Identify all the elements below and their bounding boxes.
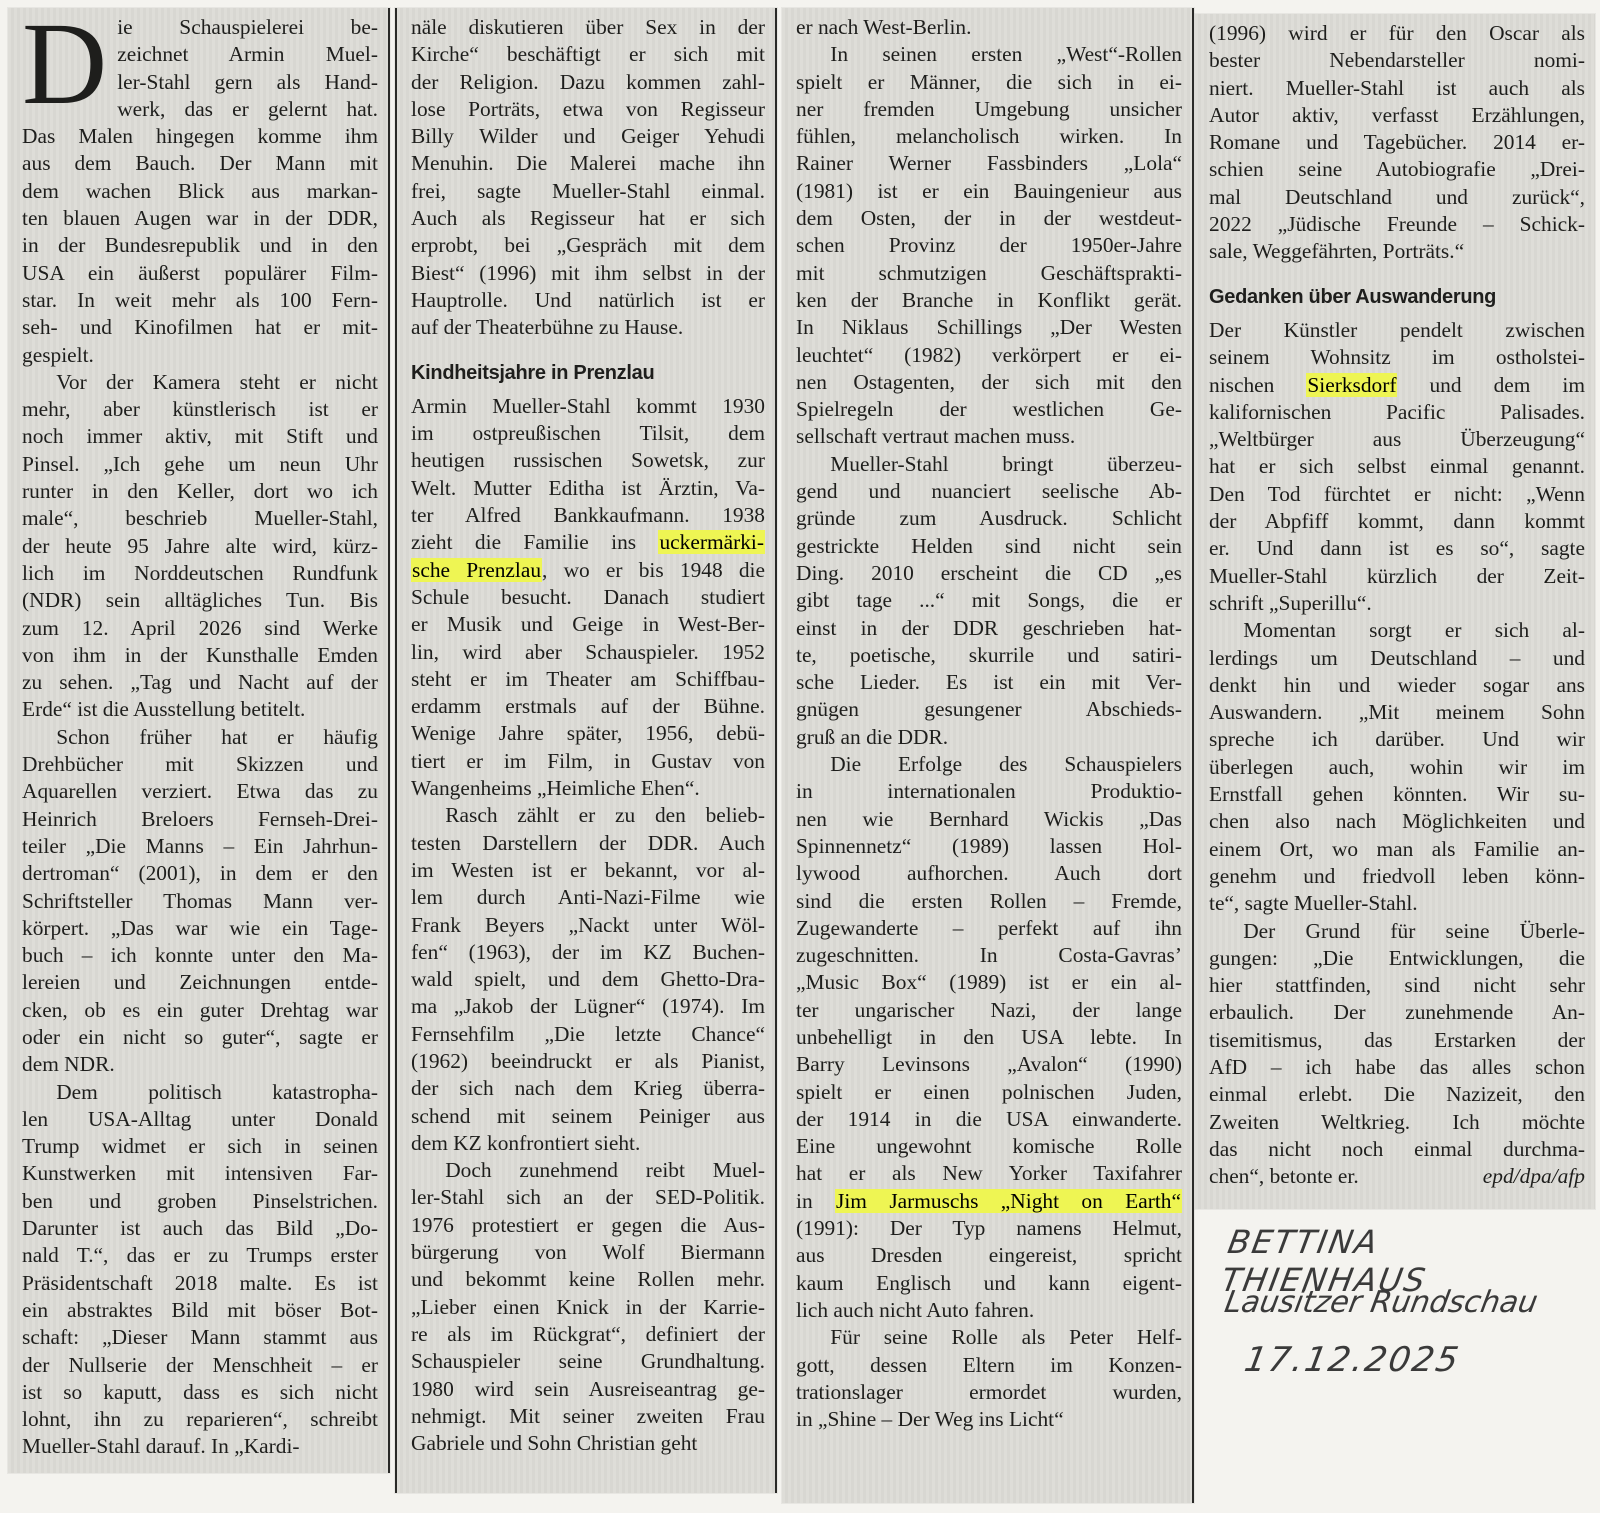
text-line: lin, wird aber Schauspieler. 1952 xyxy=(411,639,765,666)
text-line: Schule besucht. Danach studiert xyxy=(411,584,765,611)
text-line: Rasch zählt er zu den belieb- xyxy=(411,802,765,829)
text-line: runter in den Keller, dort wo ich xyxy=(22,478,378,505)
paragraph: er nach West-Berlin. xyxy=(796,14,1182,41)
text-line: trationslager ermordet wurden, xyxy=(796,1379,1182,1406)
text-line: dertroman“ (2001), in dem er den xyxy=(22,860,378,887)
text-line: zugeschnitten. In Costa-Gavras’ xyxy=(796,942,1182,969)
text-line: gespielt. xyxy=(22,342,378,369)
text-line: ben und groben Pinselstrichen. xyxy=(22,1188,378,1215)
text-line: frei, sagte Mueller-Stahl einmal. xyxy=(411,178,765,205)
column-1-text: Die Schauspielerei be-zeichnet Armin Mue… xyxy=(22,14,378,1461)
highlighted-text: uckermärki- xyxy=(658,530,765,554)
text-line: noch immer aktiv, mit Stift und xyxy=(22,423,378,450)
text-line: Der Künstler pendelt zwischen xyxy=(1209,317,1585,344)
text-line: 1980 wird sein Ausreiseantrag ge- xyxy=(411,1376,765,1403)
text-line: der heute 95 Jahre alte wird, kürz- xyxy=(22,533,378,560)
text-line: denkt hin und wieder sogar ans xyxy=(1209,672,1585,699)
text-line: Schon früher hat er häufig xyxy=(22,724,378,751)
text-line: der Nullserie der Menschheit – er xyxy=(22,1352,378,1379)
text-line: einem Ort, wo man als Familie an- xyxy=(1209,836,1585,863)
text-line: gründe zum Ausdruck. Schlicht xyxy=(796,505,1182,532)
text-line: In Niklaus Schillings „Der Westen xyxy=(796,314,1182,341)
text-line: Präsidentschaft 2018 malte. Es ist xyxy=(22,1270,378,1297)
text-line: te, poetische, skurrile und satiri- xyxy=(796,642,1182,669)
text-line: das nicht noch einmal durchma- xyxy=(1209,1136,1585,1163)
text-line: Eine ungewohnt komische Rolle xyxy=(796,1133,1182,1160)
text-line: auf der Theaterbühne zu Hause. xyxy=(411,314,765,341)
text-line: (1981) ist er ein Bauingenieur aus xyxy=(796,178,1182,205)
paragraph: Der Grund für seine Überle-gungen: „Die … xyxy=(1209,918,1585,1191)
text-line: Spinnennetz“ (1989) lassen Hol- xyxy=(796,833,1182,860)
text-line: Mueller-Stahl darauf. In „Kardi- xyxy=(22,1433,378,1460)
text-line: lich im Norddeutschen Rundfunk xyxy=(22,560,378,587)
text-line: Menuhin. Die Malerei mache ihn xyxy=(411,150,765,177)
text-line: Kirche“ beschäftigt er sich mit xyxy=(411,41,765,68)
text-line: hat er sich selbst einmal genannt. xyxy=(1209,453,1585,480)
column-3-text: er nach West-Berlin.In seinen ersten „We… xyxy=(796,14,1182,1433)
text-line: lywood aufhorchen. Auch dort xyxy=(796,860,1182,887)
text-line: körpert. „Das war wie ein Tage- xyxy=(22,915,378,942)
text-line: gruß an die DDR. xyxy=(796,724,1182,751)
text-line: lose Porträts, etwa von Regisseur xyxy=(411,96,765,123)
text-line: ler-Stahl sich an der SED-Politik. xyxy=(411,1184,765,1211)
text-line: näle diskutieren über Sex in der xyxy=(411,14,765,41)
text-line: Zugewanderte – perfekt auf ihn xyxy=(796,915,1182,942)
highlighted-text: Sierksdorf xyxy=(1306,373,1397,397)
text-line: zu sehen. „Tag und Nacht auf der xyxy=(22,669,378,696)
text-line: spielt er Männer, die sich in ei- xyxy=(796,69,1182,96)
text-line: (NDR) sein alltägliches Tun. Bis xyxy=(22,587,378,614)
text-line: wald spielt, und dem Ghetto-Dra- xyxy=(411,966,765,993)
text-line: seinem Wohnsitz im ostholstei- xyxy=(1209,344,1585,371)
text-line: Autor aktiv, verfasst Erzählungen, xyxy=(1209,102,1585,129)
text-line: spielt er einen polnischen Juden, xyxy=(796,1079,1182,1106)
text-line: unbehelligt in den USA lebte. In xyxy=(796,1024,1182,1051)
paragraph: Für seine Rolle als Peter Helf-gott, des… xyxy=(796,1324,1182,1433)
text-line: te“, sagte Mueller-Stahl. xyxy=(1209,890,1585,917)
paragraph: Die Schauspielerei be-zeichnet Armin Mue… xyxy=(22,14,378,369)
text-line: sellschaft vertraut machen muss. xyxy=(796,423,1182,450)
column-4-text: (1996) wird er für den Oscar alsbester N… xyxy=(1209,20,1585,1191)
text-line: ein abstraktes Bild mit böser Bot- xyxy=(22,1297,378,1324)
text-line: Welt. Mutter Editha ist Ärztin, Va- xyxy=(411,475,765,502)
text-line: sche Lieder. Es ist ein mit Ver- xyxy=(796,669,1182,696)
text-line: Heinrich Breloers Fernseh-Drei- xyxy=(22,806,378,833)
text-line: aus dem Bauch. Der Mann mit xyxy=(22,150,378,177)
paragraph: Armin Mueller-Stahl kommt 1930im ostpreu… xyxy=(411,393,765,802)
column-1-clipping: Die Schauspielerei be-zeichnet Armin Mue… xyxy=(8,8,390,1473)
text-line: überlegen auch, wohin wir im xyxy=(1209,754,1585,781)
text-line: Romane und Tagebücher. 2014 er- xyxy=(1209,129,1585,156)
text-line: lerdings um Deutschland – und xyxy=(1209,645,1585,672)
text-line: steht er im Theater am Schiffbau- xyxy=(411,666,765,693)
text-line: gibt tage ...“ mit Songs, die er xyxy=(796,587,1182,614)
text-line: nald T.“, das er zu Trumps erster xyxy=(22,1242,378,1269)
text-line: er nach West-Berlin. xyxy=(796,14,1182,41)
text-line: nehmigt. Mit seiner zweiten Frau xyxy=(411,1403,765,1430)
text-line: (1991): Der Typ namens Helmut, xyxy=(796,1215,1182,1242)
text-line: Das Malen hingegen komme ihm xyxy=(22,123,378,150)
text-line: bürgerung von Wolf Biermann xyxy=(411,1239,765,1266)
text-line: einmal erlebt. Die Nazizeit, den xyxy=(1209,1081,1585,1108)
text-line: schien seine Autobiografie „Drei- xyxy=(1209,156,1585,183)
text-line: Schauspieler seine Grundhaltung. xyxy=(411,1348,765,1375)
text-line: erprobt, bei „Gespräch mit dem xyxy=(411,232,765,259)
text-line: Drehbücher mit Skizzen und xyxy=(22,751,378,778)
text-line: von ihm in der Kunsthalle Emden xyxy=(22,642,378,669)
text-line: genehm und friedvoll leben könn- xyxy=(1209,863,1585,890)
section-heading: Kindheitsjahre in Prenzlau xyxy=(411,360,765,387)
text-line: Der Grund für seine Überle- xyxy=(1209,918,1585,945)
text-line: Barry Levinsons „Avalon“ (1990) xyxy=(796,1051,1182,1078)
text-line: Armin Mueller-Stahl kommt 1930 xyxy=(411,393,765,420)
text-line: schaft: „Dieser Mann stammt aus xyxy=(22,1324,378,1351)
text-line: Ernstfall gehen könnten. Wir su- xyxy=(1209,781,1585,808)
text-line: bester Nebendarsteller nomi- xyxy=(1209,47,1585,74)
text-line: Fernsehfilm „Die letzte Chance“ xyxy=(411,1021,765,1048)
text-line: schend mit seinem Peiniger aus xyxy=(411,1103,765,1130)
paragraph: Vor der Kamera steht er nichtmehr, aber … xyxy=(22,369,378,724)
text-line: lem durch Anti-Nazi-Filme wie xyxy=(411,884,765,911)
paragraph: Momentan sorgt er sich al-lerdings um De… xyxy=(1209,617,1585,917)
column-2-clipping: näle diskutieren über Sex in derKirche“ … xyxy=(395,8,777,1493)
text-line: tiert er im Film, in Gustav von xyxy=(411,748,765,775)
drop-cap: D xyxy=(22,18,107,110)
text-line: fen“ (1963), der im KZ Buchen- xyxy=(411,939,765,966)
text-line: Ding. 2010 erscheint die CD „es xyxy=(796,560,1182,587)
text-line: Momentan sorgt er sich al- xyxy=(1209,617,1585,644)
text-line: oder ein nicht so guter“, sagte er xyxy=(22,1024,378,1051)
text-line: Frank Beyers „Nackt unter Wöl- xyxy=(411,912,765,939)
text-line: Wenige Jahre später, 1956, debü- xyxy=(411,720,765,747)
text-line: Zweiten Weltkrieg. Ich möchte xyxy=(1209,1109,1585,1136)
text-line: der sich nach dem Krieg überra- xyxy=(411,1075,765,1102)
text-line: der Abpfiff kommt, dann kommt xyxy=(1209,508,1585,535)
text-line: Erde“ ist die Ausstellung betitelt. xyxy=(22,696,378,723)
text-line: ner fremden Umgebung unsicher xyxy=(796,96,1182,123)
text-line: Billy Wilder und Geiger Yehudi xyxy=(411,123,765,150)
text-line: zum 12. April 2026 sind Werke xyxy=(22,615,378,642)
text-line: dem KZ konfrontiert sieht. xyxy=(411,1130,765,1157)
text-line: nen wie Bernhard Wickis „Das xyxy=(796,806,1182,833)
text-line: kalifornischen Pacific Palisades. xyxy=(1209,399,1585,426)
text-line: er Musik und Geige in West-Ber- xyxy=(411,611,765,638)
text-line: Mueller-Stahl kürzlich der Zeit- xyxy=(1209,563,1585,590)
text-line: Vor der Kamera steht er nicht xyxy=(22,369,378,396)
text-line: ter ungarischer Nazi, der lange xyxy=(796,997,1182,1024)
text-line: Auch als Regisseur hat er sich xyxy=(411,205,765,232)
text-line: in der Bundesrepublik und in den xyxy=(22,232,378,259)
text-line: zieht die Familie ins uckermärki- xyxy=(411,529,765,556)
note-date: 17.12.2025 xyxy=(1241,1340,1463,1380)
text-line: (1962) beeindruckt er als Pianist, xyxy=(411,1048,765,1075)
text-line: 1976 protestiert er gegen die Aus- xyxy=(411,1212,765,1239)
text-line: dem Osten, der in der westdeut- xyxy=(796,205,1182,232)
text-line: Kunstwerken mit intensiven Far- xyxy=(22,1160,378,1187)
paragraph: Die Erfolge des Schauspielersin internat… xyxy=(796,751,1182,1324)
text-line: und bekommt keine Rollen mehr. xyxy=(411,1266,765,1293)
text-line: Wangenheims „Heimliche Ehen“. xyxy=(411,775,765,802)
text-line: Den Tod fürchtet er nicht: „Wenn xyxy=(1209,481,1585,508)
text-line: dem NDR. xyxy=(22,1051,378,1078)
text-line: mit schmutzigen Geschäftsprakti- xyxy=(796,260,1182,287)
text-line: Aquarellen verziert. Etwa das zu xyxy=(22,778,378,805)
text-line: Hauptrolle. Und natürlich ist er xyxy=(411,287,765,314)
text-line: male“, beschrieb Mueller-Stahl, xyxy=(22,505,378,532)
text-line: nen Ostagenten, der sich mit den xyxy=(796,369,1182,396)
text-line: schen Provinz der 1950er-Jahre xyxy=(796,232,1182,259)
text-line: nischen Sierksdorf und dem im xyxy=(1209,372,1585,399)
text-line: „Lieber einen Knick in der Karrie- xyxy=(411,1294,765,1321)
text-line: der 1914 in die USA einwanderte. xyxy=(796,1106,1182,1133)
text-line: in Jim Jarmuschs „Night on Earth“ xyxy=(796,1188,1182,1215)
paragraph: In seinen ersten „West“-Rollenspielt er … xyxy=(796,41,1182,450)
text-line: gungen: „Die Entwicklungen, die xyxy=(1209,945,1585,972)
paragraph: Mueller-Stahl bringt überzeu-gend und nu… xyxy=(796,451,1182,751)
text-line: leuchtet“ (1982) verkörpert er ei- xyxy=(796,342,1182,369)
column-3-clipping: er nach West-Berlin.In seinen ersten „We… xyxy=(782,8,1194,1503)
paragraph: Schon früher hat er häufigDrehbücher mit… xyxy=(22,724,378,1079)
text-line: in „Shine – Der Weg ins Licht“ xyxy=(796,1406,1182,1433)
text-line: Trump widmet er sich in seinen xyxy=(22,1133,378,1160)
text-line: mehr, aber künstlerisch ist er xyxy=(22,396,378,423)
text-line: sind die ersten Rollen – Fremde, xyxy=(796,888,1182,915)
text-line: ma „Jakob der Lügner“ (1974). Im xyxy=(411,993,765,1020)
text-line: der Religion. Dazu kommen zahl- xyxy=(411,69,765,96)
text-line: „Weltbürger aus Überzeugung“ xyxy=(1209,426,1585,453)
text-line: gestrickte Helden sind nicht sein xyxy=(796,533,1182,560)
text-line: len USA-Alltag unter Donald xyxy=(22,1106,378,1133)
text-line: lich auch nicht Auto fahren. xyxy=(796,1297,1182,1324)
text-line: Darunter ist auch das Bild „Do- xyxy=(22,1215,378,1242)
paragraph: Rasch zählt er zu den belieb-testen Dars… xyxy=(411,802,765,1157)
paragraph: Doch zunehmend reibt Muel-ler-Stahl sich… xyxy=(411,1157,765,1457)
text-line: mal Deutschland und zurück“, xyxy=(1209,184,1585,211)
paragraph: (1996) wird er für den Oscar alsbester N… xyxy=(1209,20,1585,266)
text-line: In seinen ersten „West“-Rollen xyxy=(796,41,1182,68)
text-line: hat er als New Yorker Taxifahrer xyxy=(796,1160,1182,1187)
column-4-clipping: (1996) wird er für den Oscar alsbester N… xyxy=(1195,14,1595,1209)
text-line: testen Darstellern der DDR. Auch xyxy=(411,830,765,857)
text-line: ter Alfred Bankkaufmann. 1938 xyxy=(411,502,765,529)
text-line: aus Dresden eingereist, spricht xyxy=(796,1242,1182,1269)
source-credit: epd/dpa/afp xyxy=(1483,1163,1585,1190)
text-line: Biest“ (1996) mit ihm selbst in der xyxy=(411,260,765,287)
text-line: im Westen ist er bekannt, vor al- xyxy=(411,857,765,884)
text-line: AfD – ich habe das alles schon xyxy=(1209,1054,1585,1081)
text-line: lereien und Zeichnungen entde- xyxy=(22,969,378,996)
text-line: gnügen gesungener Abschieds- xyxy=(796,696,1182,723)
text-line: Die Erfolge des Schauspielers xyxy=(796,751,1182,778)
text-line: sche Prenzlau, wo er bis 1948 die xyxy=(411,557,765,584)
text-line: teiler „Die Manns – Ein Jahrhun- xyxy=(22,833,378,860)
text-line: Auswandern. „Mit meinem Sohn xyxy=(1209,699,1585,726)
text-line: (1996) wird er für den Oscar als xyxy=(1209,20,1585,47)
text-line: schrift „Superillu“. xyxy=(1209,590,1585,617)
text-line: Für seine Rolle als Peter Helf- xyxy=(796,1324,1182,1351)
text-line: USA ein äußerst populärer Film- xyxy=(22,260,378,287)
note-publication: Lausitzer Rundschau xyxy=(1222,1285,1541,1320)
text-line: re als im Rückgrat“, definiert der xyxy=(411,1321,765,1348)
paragraph: Dem politisch katastropha-len USA-Alltag… xyxy=(22,1079,378,1461)
text-line: er. Und dann ist es so“, sagte xyxy=(1209,535,1585,562)
text-line: sale, Weggefährten, Porträts.“ xyxy=(1209,238,1585,265)
text-line: buch – ich konnte unter den Ma- xyxy=(22,942,378,969)
text-line: „Music Box“ (1989) ist er ein al- xyxy=(796,969,1182,996)
text-line: einst in der DDR geschrieben hat- xyxy=(796,615,1182,642)
handwritten-note: BETTINA THIENHAUS Lausitzer Rundschau 17… xyxy=(1205,1215,1590,1395)
text-line: ist so kaputt, dass es sich nicht xyxy=(22,1379,378,1406)
text-line: Mueller-Stahl bringt überzeu- xyxy=(796,451,1182,478)
text-line: chen also nach Möglichkeiten und xyxy=(1209,808,1585,835)
text-line: Gabriele und Sohn Christian geht xyxy=(411,1430,765,1457)
text-line: heutigen russischen Sowetsk, zur xyxy=(411,447,765,474)
text-line: hier stattfinden, sind nicht sehr xyxy=(1209,972,1585,999)
text-line: Spielregeln der westlichen Ge- xyxy=(796,396,1182,423)
text-line: cken, ob es ein guter Drehtag war xyxy=(22,997,378,1024)
text-line: ken der Branche in Konflikt gerät. xyxy=(796,287,1182,314)
text-line: niert. Mueller-Stahl ist auch als xyxy=(1209,75,1585,102)
paragraph: näle diskutieren über Sex in derKirche“ … xyxy=(411,14,765,342)
text-line: dem wachen Blick aus markan- xyxy=(22,178,378,205)
section-heading: Gedanken über Auswanderung xyxy=(1209,284,1585,311)
text-line: Pinsel. „Ich gehe um neun Uhr xyxy=(22,451,378,478)
text-line: fühlen, melancholisch wirken. In xyxy=(796,123,1182,150)
text-line: gend und nuanciert seelische Ab- xyxy=(796,478,1182,505)
text-line: tisemitismus, das Erstarken der xyxy=(1209,1027,1585,1054)
text-line: kaum Englisch und kann eigent- xyxy=(796,1270,1182,1297)
text-line: Schriftsteller Thomas Mann ver- xyxy=(22,888,378,915)
text-line: erdamm erstmals auf der Bühne. xyxy=(411,693,765,720)
text-line: seh- und Kinofilmen hat er mit- xyxy=(22,314,378,341)
text-line: Rainer Werner Fassbinders „Lola“ xyxy=(796,150,1182,177)
text-line: Doch zunehmend reibt Muel- xyxy=(411,1157,765,1184)
text-line: im ostpreußischen Tilsit, dem xyxy=(411,420,765,447)
text-line: star. In weit mehr als 100 Fern- xyxy=(22,287,378,314)
text-line: spreche ich darüber. Und wir xyxy=(1209,726,1585,753)
column-2-text: näle diskutieren über Sex in derKirche“ … xyxy=(411,14,765,1457)
highlighted-text: Jim Jarmuschs „Night on Earth“ xyxy=(835,1189,1182,1213)
text-line: erbaulich. Der zunehmende An- xyxy=(1209,999,1585,1026)
text-line: lohnt, ihn zu reparieren“, schreibt xyxy=(22,1406,378,1433)
highlighted-text: sche Prenzlau xyxy=(411,558,542,582)
text-line: 2022 „Jüdische Freunde – Schick- xyxy=(1209,211,1585,238)
paragraph: Der Künstler pendelt zwischenseinem Wohn… xyxy=(1209,317,1585,617)
text-line: ten blauen Augen war in der DDR, xyxy=(22,205,378,232)
text-line: gott, dessen Eltern im Konzen- xyxy=(796,1352,1182,1379)
text-line: Dem politisch katastropha- xyxy=(22,1079,378,1106)
text-line: in internationalen Produktio- xyxy=(796,778,1182,805)
